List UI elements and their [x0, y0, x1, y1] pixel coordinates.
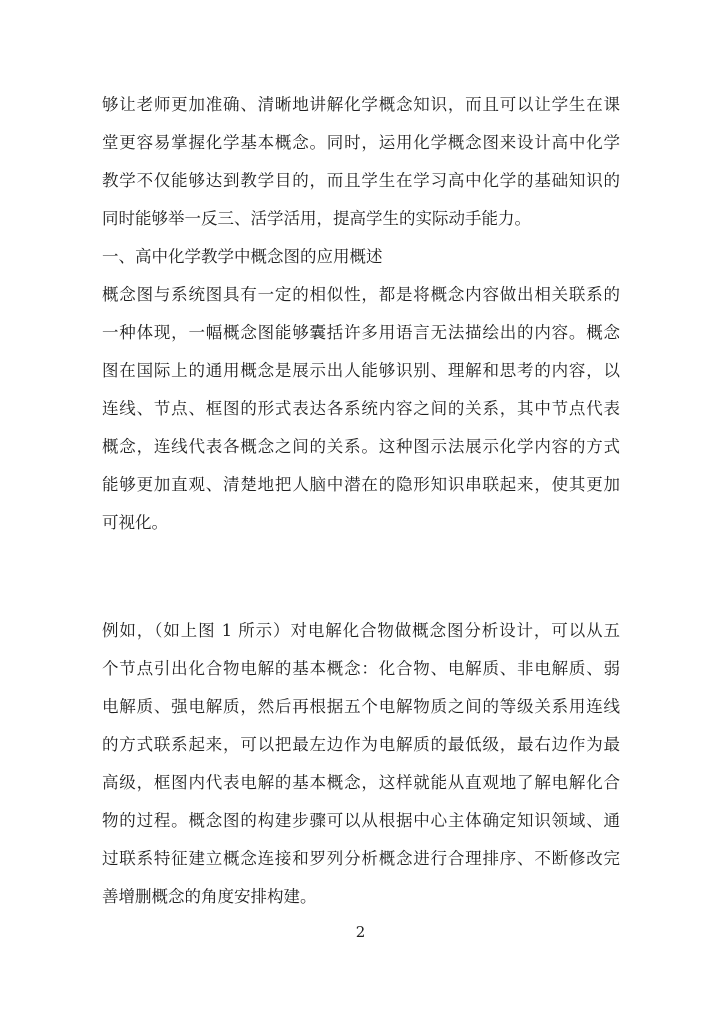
text-line: 个节点引出化合物电解的基本概念：化合物、电解质、非电解质、弱	[102, 650, 620, 688]
document-page: 够让老师更加准确、清晰地讲解化学概念知识，而且可以让学生在课 堂更容易掌握化学基…	[0, 0, 721, 1020]
section-heading: 一、高中化学教学中概念图的应用概述	[102, 238, 620, 276]
paragraph-concept-map-overview: 概念图与系统图具有一定的相似性，都是将概念内容做出相关联系的 一种体现，一幅概念…	[102, 276, 620, 542]
text-line: 概念，连线代表各概念之间的关系。这种图示法展示化学内容的方式	[102, 428, 620, 466]
text-line: 一种体现，一幅概念图能够囊括许多用语言无法描绘出的内容。概念	[102, 314, 620, 352]
text-line: 善增删概念的角度安排构建。	[102, 878, 620, 916]
text-line: 过联系特征建立概念连接和罗列分析概念进行合理排序、不断修改完	[102, 840, 620, 878]
section-heading-block: 一、高中化学教学中概念图的应用概述	[102, 238, 620, 276]
text-line: 连线、节点、框图的形式表达各系统内容之间的关系，其中节点代表	[102, 390, 620, 428]
text-line: 的方式联系起来，可以把最左边作为电解质的最低级，最右边作为最	[102, 726, 620, 764]
text-line: 够让老师更加准确、清晰地讲解化学概念知识，而且可以让学生在课	[102, 86, 620, 124]
paragraph-example: 例如，（如上图 1 所示）对电解化合物做概念图分析设计，可以从五 个节点引出化合…	[102, 612, 620, 916]
page-number: 2	[0, 923, 721, 942]
page-body-text: 够让老师更加准确、清晰地讲解化学概念知识，而且可以让学生在课 堂更容易掌握化学基…	[102, 86, 620, 916]
text-line: 概念图与系统图具有一定的相似性，都是将概念内容做出相关联系的	[102, 276, 620, 314]
text-line: 同时能够举一反三、活学活用，提高学生的实际动手能力。	[102, 200, 620, 238]
text-line: 物的过程。概念图的构建步骤可以从根据中心主体确定知识领域、通	[102, 802, 620, 840]
text-line: 电解质、强电解质，然后再根据五个电解物质之间的等级关系用连线	[102, 688, 620, 726]
text-line: 高级，框图内代表电解的基本概念，这样就能从直观地了解电解化合	[102, 764, 620, 802]
text-line: 可视化。	[102, 504, 620, 542]
text-line: 图在国际上的通用概念是展示出人能够识别、理解和思考的内容，以	[102, 352, 620, 390]
text-line: 堂更容易掌握化学基本概念。同时，运用化学概念图来设计高中化学	[102, 124, 620, 162]
text-line: 能够更加直观、清楚地把人脑中潜在的隐形知识串联起来，使其更加	[102, 466, 620, 504]
paragraph-continuation: 够让老师更加准确、清晰地讲解化学概念知识，而且可以让学生在课 堂更容易掌握化学基…	[102, 86, 620, 238]
text-line: 例如，（如上图 1 所示）对电解化合物做概念图分析设计，可以从五	[102, 612, 620, 650]
text-line: 教学不仅能够达到教学目的，而且学生在学习高中化学的基础知识的	[102, 162, 620, 200]
